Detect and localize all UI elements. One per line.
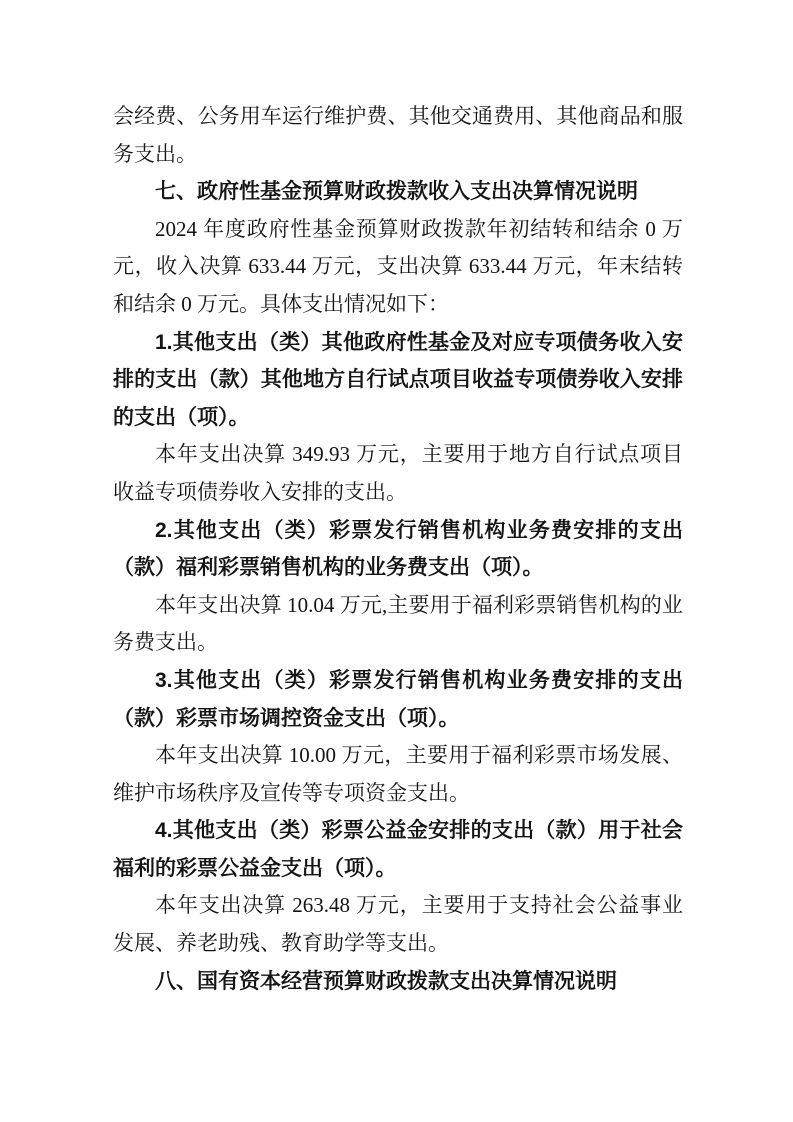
section-7-heading: 七、政府性基金预算财政拨款收入支出决算情况说明: [113, 173, 683, 211]
item-2-detail: 本年支出决算 10.04 万元,主要用于福利彩票销售机构的业务费支出。: [113, 587, 683, 662]
document-page: 会经费、公务用车运行维护费、其他交通费用、其他商品和服务支出。 七、政府性基金预…: [0, 0, 793, 1122]
document-content: 会经费、公务用车运行维护费、其他交通费用、其他商品和服务支出。 七、政府性基金预…: [113, 98, 683, 1000]
section-8-heading: 八、国有资本经营预算财政拨款支出决算情况说明: [113, 963, 683, 1001]
item-2-title: 2.其他支出（类）彩票发行销售机构业务费安排的支出（款）福利彩票销售机构的业务费…: [113, 512, 683, 587]
item-4-title: 4.其他支出（类）彩票公益金安排的支出（款）用于社会福利的彩票公益金支出（项）。: [113, 812, 683, 887]
continuation-paragraph: 会经费、公务用车运行维护费、其他交通费用、其他商品和服务支出。: [113, 98, 683, 173]
item-3-title: 3.其他支出（类）彩票发行销售机构业务费安排的支出（款）彩票市场调控资金支出（项…: [113, 662, 683, 737]
item-1-title: 1.其他支出（类）其他政府性基金及对应专项债务收入安排的支出（款）其他地方自行试…: [113, 324, 683, 437]
item-4-detail: 本年支出决算 263.48 万元，主要用于支持社会公益事业发展、养老助残、教育助…: [113, 887, 683, 962]
item-1-detail: 本年支出决算 349.93 万元，主要用于地方自行试点项目收益专项债券收入安排的…: [113, 436, 683, 511]
item-3-detail: 本年支出决算 10.00 万元，主要用于福利彩票市场发展、维护市场秩序及宣传等专…: [113, 737, 683, 812]
section-7-intro-paragraph: 2024 年度政府性基金预算财政拨款年初结转和结余 0 万元，收入决算 633.…: [113, 211, 683, 324]
